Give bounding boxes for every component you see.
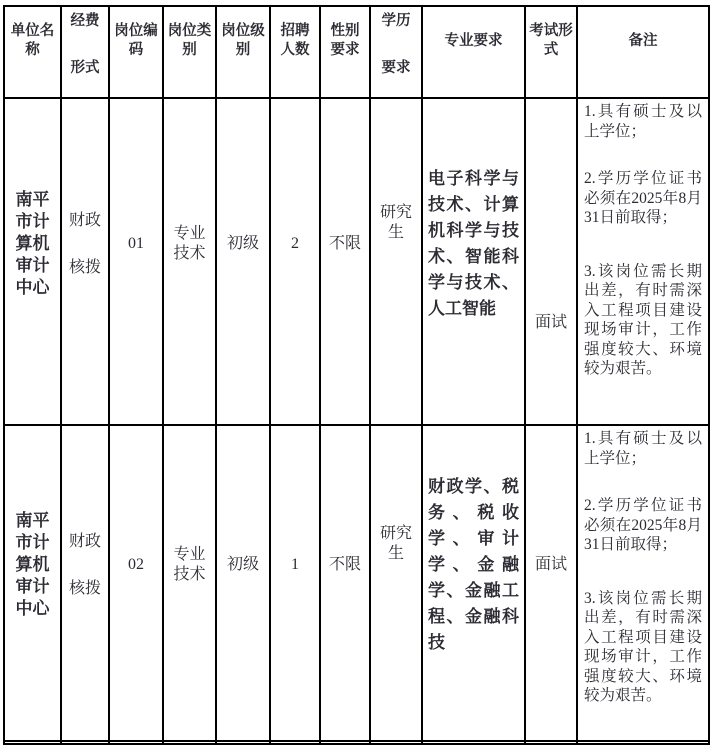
cell-position-level: 初级 bbox=[216, 425, 270, 741]
remark-item-2: 2.学历学位证书必须在2025年8月31日前取得； bbox=[584, 169, 702, 228]
column-header-recruit-count: 招聘人数 bbox=[270, 6, 320, 98]
remark-item-2: 2.学历学位证书必须在2025年8月31日前取得； bbox=[584, 496, 702, 555]
cell-remarks: 1.具有硕士及以上学位； 2.学历学位证书必须在2025年8月31日前取得； 3… bbox=[577, 425, 709, 741]
column-header-education-requirement: 学历要求 bbox=[370, 6, 422, 98]
cell-gender-requirement: 不限 bbox=[320, 98, 370, 425]
table-row-position-01: 南平市计算机审计中心 财政核拨 01 专业技术 初级 2 不限 研究生 电子科学… bbox=[4, 98, 709, 425]
column-header-exam-form: 考试形式 bbox=[525, 6, 577, 98]
cell-major-requirement: 电子科学与技术、计算机科学与技术、智能科学与技术、人工智能 bbox=[422, 98, 525, 425]
column-header-position-code: 岗位编码 bbox=[109, 6, 163, 98]
cell-education-requirement: 研究生 bbox=[370, 425, 422, 741]
cell-position-category: 专业技术 bbox=[163, 98, 216, 425]
cell-position-code: 02 bbox=[109, 425, 163, 741]
cell-gender-requirement: 不限 bbox=[320, 425, 370, 741]
document-page: 单位名称 经费形式 岗位编码 岗位类别 岗位级别 招聘人数 性别要求 学历要求 … bbox=[0, 0, 714, 751]
cell-remarks: 1.具有硕士及以上学位； 2.学历学位证书必须在2025年8月31日前取得； 3… bbox=[577, 98, 709, 425]
clipped-next-row bbox=[4, 741, 709, 744]
remark-item-1: 1.具有硕士及以上学位； bbox=[584, 429, 702, 468]
cell-funding-type: 财政核拨 bbox=[61, 425, 109, 741]
column-header-unit-name: 单位名称 bbox=[4, 6, 61, 98]
cell-position-code: 01 bbox=[109, 98, 163, 425]
column-header-gender-requirement: 性别要求 bbox=[320, 6, 370, 98]
cell-education-requirement: 研究生 bbox=[370, 98, 422, 425]
column-header-funding-type: 经费形式 bbox=[61, 6, 109, 98]
cell-unit-name: 南平市计算机审计中心 bbox=[4, 425, 61, 741]
column-header-position-level: 岗位级别 bbox=[216, 6, 270, 98]
cell-funding-type: 财政核拨 bbox=[61, 98, 109, 425]
recruitment-positions-table: 单位名称 经费形式 岗位编码 岗位类别 岗位级别 招聘人数 性别要求 学历要求 … bbox=[3, 5, 710, 745]
cell-major-requirement: 财政学、税务、税收学、审计学、金融学、金融工程、金融科技 bbox=[422, 425, 525, 741]
cell-position-level: 初级 bbox=[216, 98, 270, 425]
remark-item-3: 3.该岗位需长期出差，有时需深入工程项目建设现场审计，工作强度较大、环境较为艰苦… bbox=[584, 589, 702, 706]
remark-item-3: 3.该岗位需长期出差，有时需深入工程项目建设现场审计，工作强度较大、环境较为艰苦… bbox=[584, 262, 702, 379]
table-row-position-02: 南平市计算机审计中心 财政核拨 02 专业技术 初级 1 不限 研究生 财政学、… bbox=[4, 425, 709, 741]
cell-recruit-count: 2 bbox=[270, 98, 320, 425]
cell-exam-form: 面试 bbox=[525, 98, 577, 425]
remark-item-1: 1.具有硕士及以上学位； bbox=[584, 102, 702, 141]
column-header-position-category: 岗位类别 bbox=[163, 6, 216, 98]
cell-recruit-count: 1 bbox=[270, 425, 320, 741]
cell-unit-name: 南平市计算机审计中心 bbox=[4, 98, 61, 425]
cell-position-category: 专业技术 bbox=[163, 425, 216, 741]
cell-exam-form: 面试 bbox=[525, 425, 577, 741]
header-row: 单位名称 经费形式 岗位编码 岗位类别 岗位级别 招聘人数 性别要求 学历要求 … bbox=[4, 6, 709, 98]
column-header-remarks: 备注 bbox=[577, 6, 709, 98]
column-header-major-requirement: 专业要求 bbox=[422, 6, 525, 98]
